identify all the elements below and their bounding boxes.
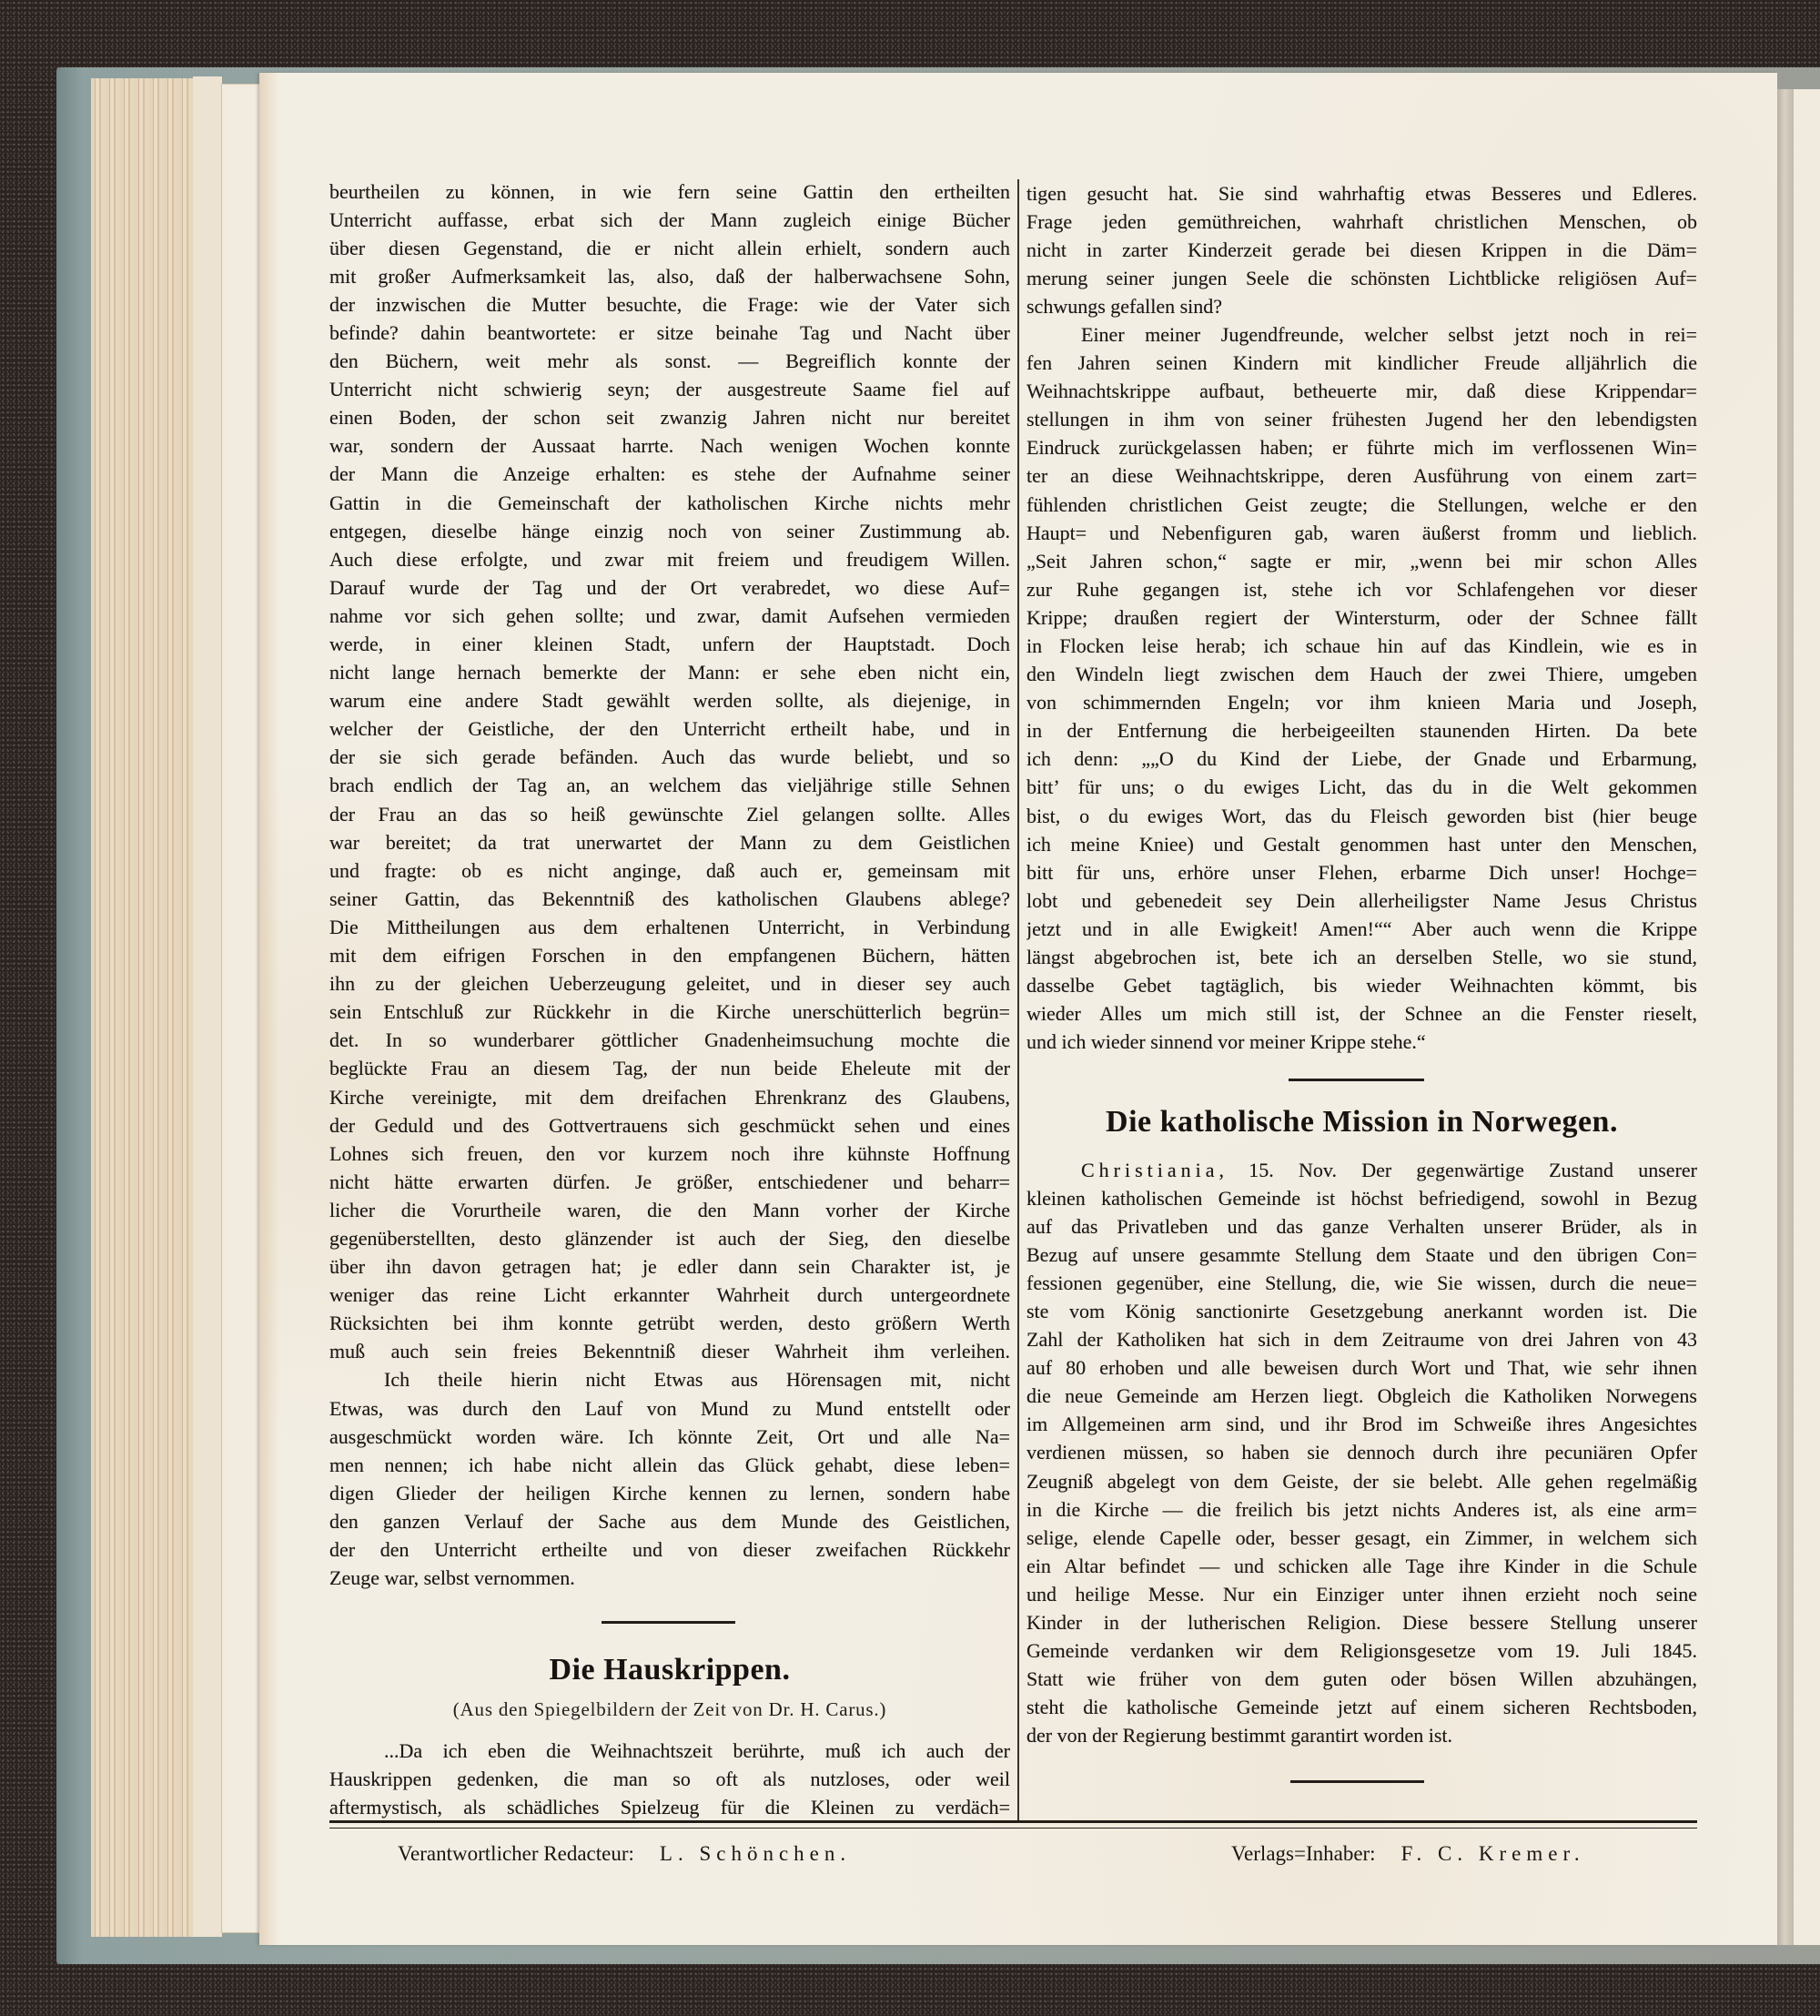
text-line: „Seit Jahren schon,“ sagte er mir, „wenn… <box>1026 547 1697 575</box>
paragraph: Ich theile hierin nicht Etwas aus Hörens… <box>329 1365 1010 1592</box>
column-rule <box>1017 179 1019 1822</box>
text-line: der den Unterricht ertheilte und von die… <box>329 1535 1010 1564</box>
text-line: und ich wieder sinnend vor meiner Krippe… <box>1026 1028 1697 1056</box>
text-line: bist, o du ewiges Wort, das du Fleisch g… <box>1026 802 1697 830</box>
text-line: ste vom König sanctionirte Gesetzgebung … <box>1026 1297 1697 1325</box>
text-line: Einer meiner Jugendfreunde, welcher selb… <box>1026 320 1697 349</box>
text-line: nicht in zarter Kinderzeit gerade bei di… <box>1026 236 1697 264</box>
text-line: der Mann die Anzeige erhalten: es stehe … <box>329 460 1010 488</box>
text-line: Hauskrippen gedenken, die man so oft als… <box>329 1765 1010 1793</box>
text-line: ihn zu der gleichen Ueberzeugung geleite… <box>329 969 1010 998</box>
article-mission-norwegen-body: Christiania, 15. Nov. Der gegenwärtige Z… <box>1026 1156 1697 1750</box>
dateline-place: Christiania <box>1081 1159 1219 1181</box>
text-line: den Windeln liegt zwischen dem Hauch der… <box>1026 660 1697 688</box>
text-line: längst abgebrochen ist, bete ich an ders… <box>1026 943 1697 971</box>
article-continued-right: tigen gesucht hat. Sie sind wahrhaftig e… <box>1026 179 1697 1057</box>
text-line: bitt für uns, erhöre unser Flehen, erbar… <box>1026 858 1697 886</box>
text-line: weniger das reine Licht erkannter Wahrhe… <box>329 1281 1010 1309</box>
text-line: brach endlich der Tag an, an welchem das… <box>329 771 1010 799</box>
paragraph: ...Da ich eben die Weihnachtszeit berühr… <box>329 1737 1010 1821</box>
text-line: verdienen müssen, so haben sie dennoch d… <box>1026 1438 1697 1466</box>
text-line: wieder Alles um mich still ist, der Schn… <box>1026 999 1697 1028</box>
text-line: jetzt und in alle Ewigkeit! Amen!““ Aber… <box>1026 915 1697 943</box>
text-line: der sie sich gerade befänden. Auch das w… <box>329 743 1010 771</box>
text-line: steht die katholische Gemeinde jetzt auf… <box>1026 1693 1697 1721</box>
text-line: Kirche vereinigte, mit dem dreifachen Eh… <box>329 1083 1010 1111</box>
text-line: einen Boden, der schon seit zwanzig Jahr… <box>329 403 1010 431</box>
text-line: licher die Vorurtheile waren, die den Ma… <box>329 1196 1010 1224</box>
text-line: die neue Gemeinde am Herzen liegt. Obgle… <box>1026 1382 1697 1410</box>
article-source: (Aus den Spiegelbildern der Zeit von Dr.… <box>329 1697 1010 1722</box>
text-line: Rücksichten bei ihm konnte getrübt werde… <box>329 1309 1010 1337</box>
text-line: Die Mittheilungen aus dem erhaltenen Unt… <box>329 913 1010 941</box>
publisher-label: Verlags=Inhaber: <box>1231 1842 1376 1865</box>
text-line: zur Ruhe gegangen ist, stehe ich vor Sch… <box>1026 575 1697 603</box>
text-line: den ganzen Verlauf der Sache aus dem Mun… <box>329 1507 1010 1535</box>
underlying-leaf <box>193 76 222 1937</box>
text-line: werde, in einer kleinen Stadt, unfern de… <box>329 630 1010 658</box>
text-line: aftermystisch, als schädliches Spielzeug… <box>329 1793 1010 1821</box>
text-line: Gemeinde verdanken wir dem Religionsgese… <box>1026 1636 1697 1665</box>
publisher-credit: Verlags=Inhaber:F. C. Kremer. <box>1231 1839 1585 1869</box>
text-line: in die Kirche — die freilich bis jetzt n… <box>1026 1495 1697 1524</box>
text-line: Kinder in der lutherischen Religion. Die… <box>1026 1608 1697 1636</box>
text-line: mit großer Aufmerksamkeit las, also, daß… <box>329 262 1010 290</box>
text-line: der Geduld und des Gottvertrauens sich g… <box>329 1111 1010 1140</box>
text-line: bitt’ für uns; o du ewiges Licht, das du… <box>1026 773 1697 801</box>
text-line: tigen gesucht hat. Sie sind wahrhaftig e… <box>1026 179 1697 208</box>
text-line: ter an diese Weihnachtskrippe, deren Aus… <box>1026 461 1697 490</box>
paragraph: tigen gesucht hat. Sie sind wahrhaftig e… <box>1026 179 1697 320</box>
text-line: Zeuge war, selbst vernommen. <box>329 1564 1010 1592</box>
text-line: Krippe; draußen regiert der Wintersturm,… <box>1026 603 1697 632</box>
text-line: der Frau an das so heiß gewünschte Ziel … <box>329 800 1010 828</box>
article-title: Die katholische Mission in Norwegen. <box>1026 1104 1697 1140</box>
text-line: Weihnachtskrippe aufbaut, betheuerte mir… <box>1026 377 1697 405</box>
editor-label: Verantwortlicher Redacteur: <box>398 1842 634 1865</box>
publisher-name: F. C. Kremer. <box>1401 1842 1585 1865</box>
text-line: Haupt= und Nebenfiguren gab, waren äußer… <box>1026 519 1697 547</box>
text-line: digen Glieder der heiligen Kirche kennen… <box>329 1479 1010 1507</box>
text-line: mit dem eifrigen Forschen in den empfang… <box>329 941 1010 969</box>
text-line: lobt und gebenedeit sey Dein allerheilig… <box>1026 886 1697 915</box>
text-line: beurtheilen zu können, in wie fern seine… <box>329 177 1010 206</box>
text-line: im Allgemeinen arm sind, und ihr Brod im… <box>1026 1410 1697 1438</box>
text-line: Etwas, was durch den Lauf von Mund zu Mu… <box>329 1394 1010 1423</box>
dateline-rest: , 15. Nov. Der gegenwärtige Zustand unse… <box>1219 1159 1697 1181</box>
text-line: war bereitet; da trat unerwartet der Man… <box>329 828 1010 856</box>
text-line: den Büchern, weit mehr als sonst. — Begr… <box>329 347 1010 375</box>
text-line: befinde? dahin beantwortete: er sitze be… <box>329 319 1010 347</box>
text-line: ich meine Kniee) und Gestalt genommen ha… <box>1026 830 1697 858</box>
text-line: seiner Gattin, das Bekenntniß des kathol… <box>329 885 1010 913</box>
text-line: Statt wie früher von dem guten oder böse… <box>1026 1665 1697 1693</box>
text-line: Auch diese erfolgte, und zwar mit freiem… <box>329 545 1010 573</box>
text-line: Christiania, 15. Nov. Der gegenwärtige Z… <box>1026 1156 1697 1184</box>
text-line: über ihn davon getragen hat; je edler da… <box>329 1252 1010 1281</box>
text-line: men nennen; ich habe nicht allein das Gl… <box>329 1451 1010 1479</box>
page-stack-edge <box>91 78 193 1937</box>
text-line: gegenüberstellten, desto glänzender ist … <box>329 1224 1010 1252</box>
text-line: Frage jeden gemüthreichen, wahrhaft chri… <box>1026 208 1697 236</box>
text-line: über diesen Gegenstand, die er nicht all… <box>329 234 1010 262</box>
text-line: und heilige Messe. Nur ein Einziger unte… <box>1026 1580 1697 1608</box>
text-line: Unterricht nicht schwierig seyn; der aus… <box>329 375 1010 403</box>
paragraph: Einer meiner Jugendfreunde, welcher selb… <box>1026 320 1697 1056</box>
editor-name: L. Schönchen. <box>660 1842 851 1865</box>
section-divider <box>602 1621 735 1624</box>
text-line: Zahl der Katholiken hat sich in dem Zeit… <box>1026 1325 1697 1353</box>
text-line: in der Entfernung die herbeigeeilten sta… <box>1026 716 1697 745</box>
text-line: ich denn: „„O du Kind der Liebe, der Gna… <box>1026 745 1697 773</box>
text-line: und fragte: ob es nicht anginge, daß auc… <box>329 856 1010 885</box>
text-line: Lohnes sich freuen, den vor kurzem noch … <box>329 1140 1010 1168</box>
text-line: auf 80 erhoben und alle beweisen durch W… <box>1026 1353 1697 1382</box>
text-line: kleinen katholischen Gemeinde ist höchst… <box>1026 1184 1697 1212</box>
text-line: in Flocken leise herab; ich schaue hin a… <box>1026 632 1697 660</box>
text-line: Zeugniß abgelegt von dem Geiste, der sie… <box>1026 1467 1697 1495</box>
editor-credit: Verantwortlicher Redacteur:L. Schönchen. <box>398 1839 851 1869</box>
text-line: selige, elende Capelle oder, besser gesa… <box>1026 1524 1697 1552</box>
article-title: Die Hauskrippen. <box>329 1652 1010 1688</box>
text-line: dasselbe Gebet tagtäglich, bis wieder We… <box>1026 971 1697 999</box>
facing-page-edge <box>1794 89 1820 1945</box>
text-line: Ich theile hierin nicht Etwas aus Hörens… <box>329 1365 1010 1393</box>
text-line: Eindruck zurückgelassen haben; er führte… <box>1026 433 1697 461</box>
text-line: nicht hätte erwarten dürfen. Je größer, … <box>329 1168 1010 1196</box>
text-line: nahme vor sich gehen sollte; und zwar, d… <box>329 602 1010 630</box>
text-line: der inzwischen die Mutter besuchte, die … <box>329 290 1010 319</box>
text-line: sein Entschluß zur Rückkehr in die Kirch… <box>329 998 1010 1026</box>
text-line: muß auch sein freies Bekenntniß dieser W… <box>329 1337 1010 1365</box>
text-line: entgegen, dieselbe hänge einzig noch von… <box>329 517 1010 545</box>
footer-rule <box>329 1820 1697 1829</box>
text-line: Darauf wurde der Tag und der Ort verabre… <box>329 573 1010 602</box>
paragraph: Christiania, 15. Nov. Der gegenwärtige Z… <box>1026 1156 1697 1750</box>
text-line: auf das Privatleben und das ganze Verhal… <box>1026 1212 1697 1241</box>
text-line: beglückte Frau an diesem Tag, der nun be… <box>329 1054 1010 1082</box>
text-line: Bezug auf unsere gesammte Stellung dem S… <box>1026 1241 1697 1269</box>
text-line: von schimmernden Engeln; vor ihm knieen … <box>1026 688 1697 716</box>
text-line: warum eine andere Stadt gewählt werden s… <box>329 686 1010 714</box>
paragraph: beurtheilen zu können, in wie fern seine… <box>329 177 1010 1366</box>
text-line: der von der Regierung bestimmt garantirt… <box>1026 1721 1697 1749</box>
text-line: ...Da ich eben die Weihnachtszeit berühr… <box>329 1737 1010 1765</box>
text-line: ausgeschmückt worden wäre. Ich könnte Ze… <box>329 1423 1010 1451</box>
text-line: ein Altar befindet — und schicken alle T… <box>1026 1552 1697 1580</box>
text-line: Gattin in die Gemeinschaft der katholisc… <box>329 489 1010 517</box>
text-line: stellungen in ihm von seiner frühesten J… <box>1026 405 1697 433</box>
book-gutter <box>1777 89 1794 1945</box>
text-line: war, sondern der Aussaat harrte. Nach we… <box>329 431 1010 460</box>
text-line: nicht lange hernach bemerkte der Mann: e… <box>329 658 1010 686</box>
text-line: merung seiner jungen Seele die schönsten… <box>1026 264 1697 292</box>
article-hauskrippen-body: ...Da ich eben die Weihnachtszeit berühr… <box>329 1737 1010 1821</box>
section-divider <box>1289 1079 1424 1081</box>
article-continued-left: beurtheilen zu können, in wie fern seine… <box>329 177 1010 1593</box>
text-line: welcher der Geistliche, der den Unterric… <box>329 714 1010 743</box>
text-line: fessionen gegenüber, eine Stellung, die,… <box>1026 1269 1697 1297</box>
text-line: det. In so wunderbarer göttlicher Gnaden… <box>329 1026 1010 1054</box>
text-line: Unterricht auffasse, erbat sich der Mann… <box>329 206 1010 234</box>
text-line: schwungs gefallen sind? <box>1026 292 1697 320</box>
section-divider <box>1290 1780 1424 1783</box>
text-line: fen Jahren seinen Kindern mit kindlicher… <box>1026 349 1697 377</box>
text-line: fühlenden christlichen Geist zeugte; die… <box>1026 491 1697 519</box>
